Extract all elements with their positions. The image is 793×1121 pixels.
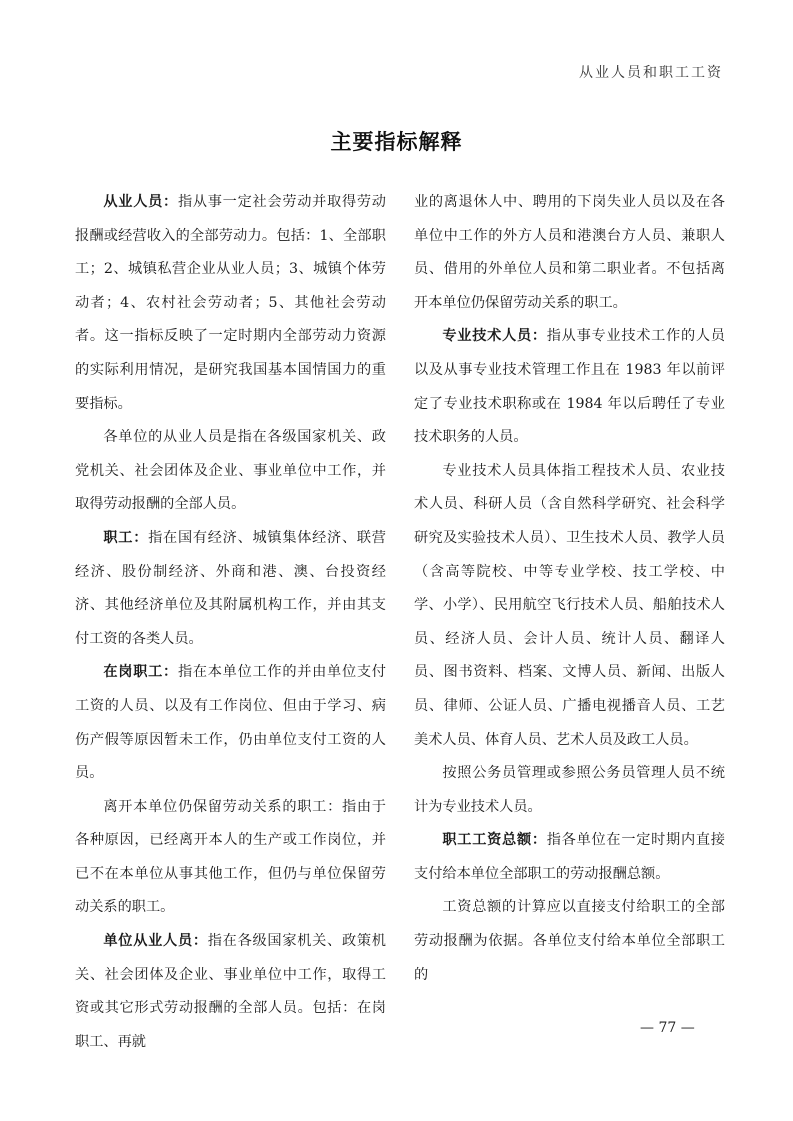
paragraph-text: 按照公务员管理或参照公务员管理人员不统计为专业技术人员。 [414, 765, 725, 815]
paragraph: 工资总额的计算应以直接支付给职工的全部劳动报酬为依据。各单位支付给本单位全部职工… [414, 891, 725, 992]
paragraph: 职工：指在国有经济、城镇集体经济、联营经济、股份制经济、外商和港、澳、台投资经济… [75, 522, 386, 656]
paragraph-text: 指在本单位工作的并由单位支付工资的人员、以及有工作岗位、但由于学习、病伤产假等原… [75, 664, 386, 781]
paragraph: 单位从业人员：指在各级国家机关、政策机关、社会团体及企业、事业单位中工作，取得工… [75, 925, 386, 1059]
paragraph: 离开本单位仍保留劳动关系的职工：指由于各种原因，已经离开本人的生产或工作岗位，并… [75, 791, 386, 925]
paragraph: 专业技术人员：指从事专业技术工作的人员以及从事专业技术管理工作且在 1983 年… [414, 320, 725, 454]
paragraph-continuation: 业的离退休人中、聘用的下岗失业人员以及在各单位中工作的外方人员和港澳台方人员、兼… [414, 186, 725, 320]
term-label: 职工工资总额： [442, 832, 546, 848]
paragraph-text: 指从事专业技术工作的人员以及从事专业技术管理工作且在 1983 年以前评定了专业… [414, 328, 725, 445]
paragraph: 专业技术人员具体指工程技术人员、农业技术人员、科研人员（含自然科学研究、社会科学… [414, 455, 725, 757]
paragraph: 各单位的从业人员是指在各级国家机关、政党机关、社会团体及企业、事业单位中工作，并… [75, 421, 386, 522]
page-number: — 77 — [640, 1020, 695, 1036]
left-column: 从业人员：指从事一定社会劳动并取得劳动报酬或经营收入的全部劳动力。包括：1、全部… [75, 186, 386, 1059]
paragraph: 职工工资总额：指各单位在一定时期内直接支付给本单位全部职工的劳动报酬总额。 [414, 824, 725, 891]
right-column: 业的离退休人中、聘用的下岗失业人员以及在各单位中工作的外方人员和港澳台方人员、兼… [414, 186, 725, 992]
paragraph-text: 工资总额的计算应以直接支付给职工的全部劳动报酬为依据。各单位支付给本单位全部职工… [414, 899, 725, 982]
paragraph-text: 离开本单位仍保留劳动关系的职工：指由于各种原因，已经离开本人的生产或工作岗位，并… [75, 799, 386, 916]
paragraph-text: 业的离退休人中、聘用的下岗失业人员以及在各单位中工作的外方人员和港澳台方人员、兼… [414, 194, 725, 311]
term-label: 单位从业人员： [103, 933, 207, 949]
paragraph-text: 指从事一定社会劳动并取得劳动报酬或经营收入的全部劳动力。包括：1、全部职工；2、… [75, 194, 386, 412]
term-label: 在岗职工： [103, 664, 178, 680]
paragraph-text: 各单位的从业人员是指在各级国家机关、政党机关、社会团体及企业、事业单位中工作，并… [75, 429, 386, 512]
paragraph-text: 指在国有经济、城镇集体经济、联营经济、股份制经济、外商和港、澳、台投资经济、其他… [75, 530, 386, 647]
term-label: 职工： [103, 530, 148, 546]
paragraph-text: 专业技术人员具体指工程技术人员、农业技术人员、科研人员（含自然科学研究、社会科学… [414, 463, 725, 748]
running-head: 从业人员和职工工资 [579, 62, 723, 82]
paragraph-text: 指在各级国家机关、政策机关、社会团体及企业、事业单位中工作，取得工资或其它形式劳… [75, 933, 386, 1050]
paragraph: 在岗职工：指在本单位工作的并由单位支付工资的人员、以及有工作岗位、但由于学习、病… [75, 656, 386, 790]
paragraph: 从业人员：指从事一定社会劳动并取得劳动报酬或经营收入的全部劳动力。包括：1、全部… [75, 186, 386, 421]
paragraph: 按照公务员管理或参照公务员管理人员不统计为专业技术人员。 [414, 757, 725, 824]
term-label: 专业技术人员： [442, 328, 546, 344]
term-label: 从业人员： [103, 194, 178, 210]
page-title: 主要指标解释 [0, 126, 793, 156]
